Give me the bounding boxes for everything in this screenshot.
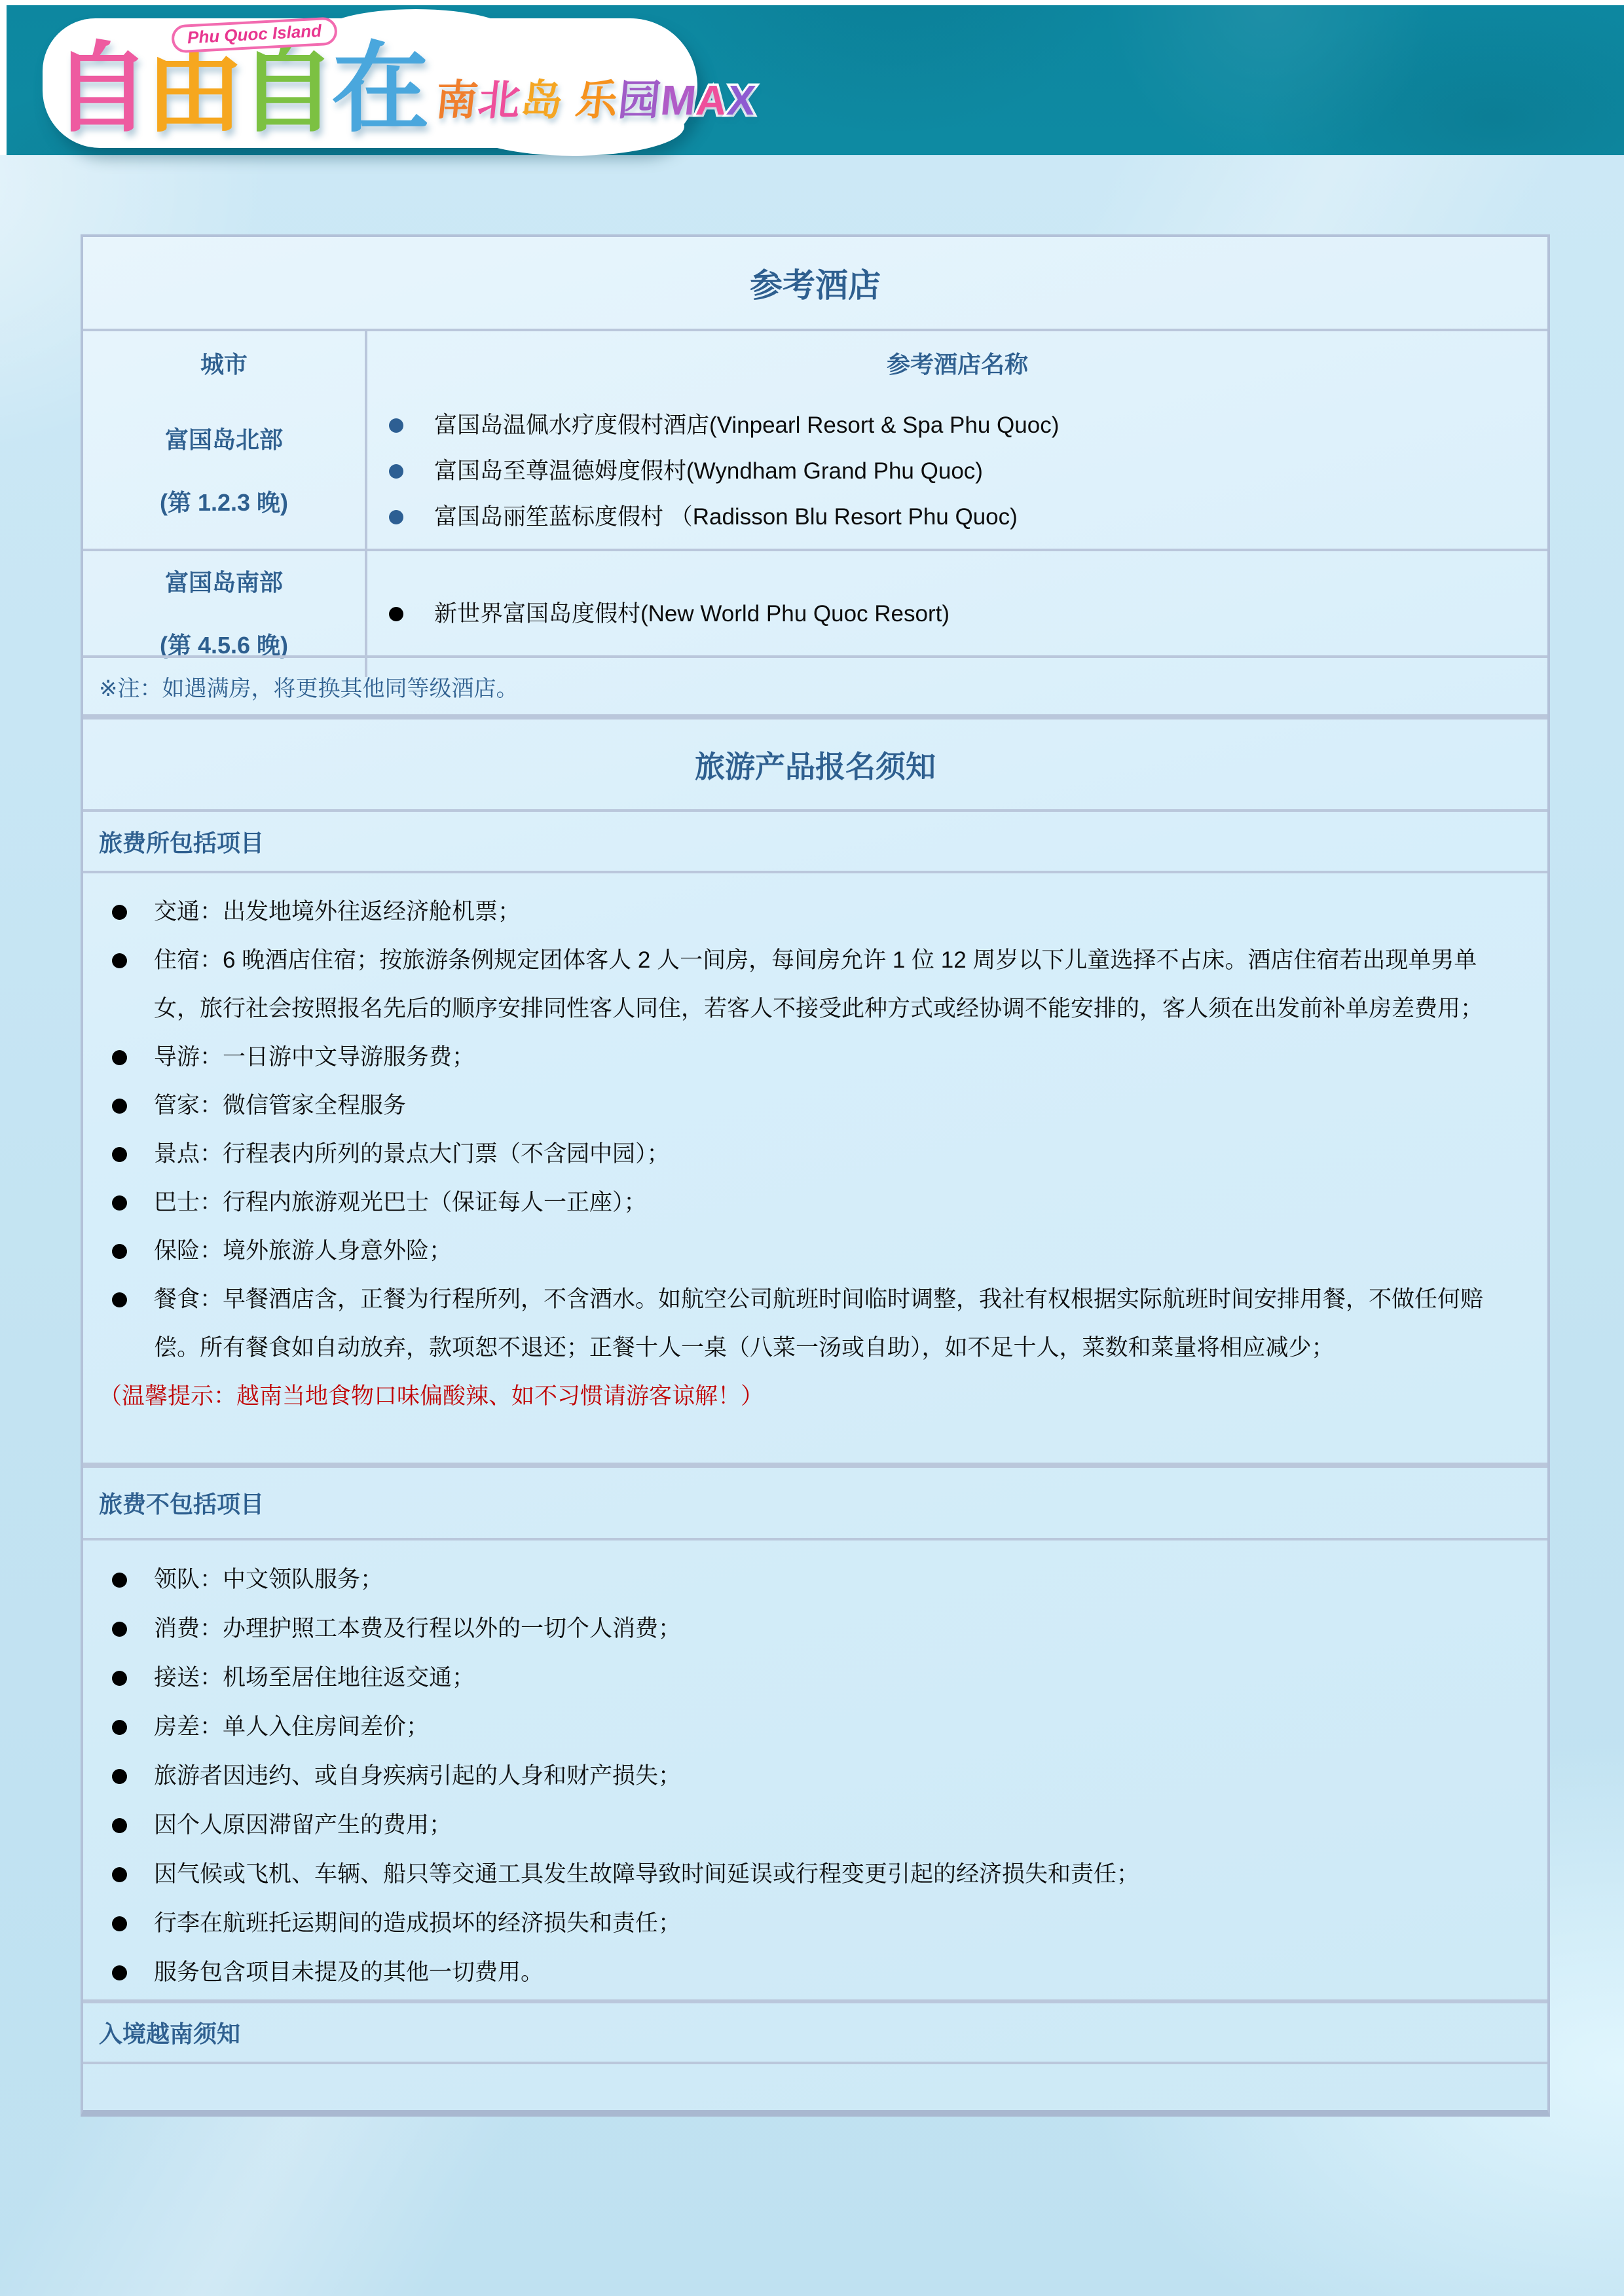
item-text: 接送：机场至居住地往返交通； <box>154 1653 475 1702</box>
logo-subtitle-char: 岛 <box>519 77 566 124</box>
hotel-table-title-row: 参考酒店 <box>83 237 1547 329</box>
included-header: 旅费所包括项目 <box>99 825 264 858</box>
item-text: 景点：行程表内所列的景点大门票（不含园中园）； <box>154 1130 670 1178</box>
included-item: 保险：境外旅游人身意外险； <box>112 1227 1515 1275</box>
bullet-icon <box>112 1965 127 1980</box>
logo-subtitle-char: A <box>694 77 730 124</box>
excluded-items-list: 领队：中文领队服务；消费：办理护照工本费及行程以外的一切个人消费；接送：机场至居… <box>83 1538 1547 1999</box>
item-text: 房差：单人入住房间差价； <box>154 1702 429 1751</box>
bullet-icon <box>112 953 127 968</box>
bullet-icon <box>112 1099 127 1114</box>
hotels-column-header: 参考酒店名称 <box>887 346 1028 380</box>
logo-subtitle-chars: 南北岛 乐园MAX <box>433 67 760 127</box>
hotel-name: 富国岛至尊温德姆度假村(Wyndham Grand Phu Quoc) <box>434 448 983 494</box>
notice-title: 旅游产品报名须知 <box>695 743 936 786</box>
logo-title-char: 自 <box>52 33 145 143</box>
item-text: 餐食：早餐酒店含，正餐为行程所列，不含酒水。如航空公司航班时间临时调整，我社有权… <box>154 1275 1515 1372</box>
bullet-icon <box>389 418 403 433</box>
logo-title-char: 在 <box>331 33 424 143</box>
bullet-icon <box>112 1671 127 1686</box>
logo: 自由自在 南北岛 乐园MAX <box>52 22 756 147</box>
bullet-icon <box>112 1195 127 1211</box>
hotels-column-header-cell: 参考酒店名称 <box>365 331 1547 394</box>
included-header-row: 旅费所包括项目 <box>83 809 1547 871</box>
included-item: 导游：一日游中文导游服务费； <box>112 1033 1515 1082</box>
city-name: 富国岛南部 <box>165 551 283 614</box>
bullet-icon <box>112 1244 127 1259</box>
bullet-icon <box>389 510 403 524</box>
logo-subtitle-char: 北 <box>476 77 524 124</box>
vietnam-entry-header: 入境越南须知 <box>99 2016 240 2049</box>
hotel-rows: 富国岛北部(第 1.2.3 晚)富国岛温佩水疗度假村酒店(Vinpearl Re… <box>83 394 1547 655</box>
excluded-item: 领队：中文领队服务； <box>112 1555 1515 1604</box>
bullet-icon <box>112 1769 127 1784</box>
city-column-header-cell: 城市 <box>83 331 365 394</box>
logo-subtitle-char: M <box>659 77 699 124</box>
hotel-name: 新世界富国岛度假村(New World Phu Quoc Resort) <box>434 591 950 637</box>
hotels-cell: 富国岛温佩水疗度假村酒店(Vinpearl Resort & Spa Phu Q… <box>365 394 1547 549</box>
bullet-icon <box>112 1147 127 1162</box>
hotel-item: 富国岛温佩水疗度假村酒店(Vinpearl Resort & Spa Phu Q… <box>389 403 1547 448</box>
included-item: 管家：微信管家全程服务 <box>112 1082 1515 1130</box>
vietnam-entry-header-row: 入境越南须知 <box>83 1999 1547 2062</box>
bullet-icon <box>112 1573 127 1588</box>
bullet-icon <box>112 1622 127 1637</box>
included-items-list: 交通：出发地境外往返经济舱机票；住宿：6 晚酒店住宿；按旅游条例规定团体客人 2… <box>83 871 1547 1463</box>
item-text: 行李在航班托运期间的造成损坏的经济损失和责任； <box>154 1899 681 1948</box>
hotel-name: 富国岛温佩水疗度假村酒店(Vinpearl Resort & Spa Phu Q… <box>434 403 1059 448</box>
excluded-header: 旅费不包括项目 <box>99 1486 264 1520</box>
item-text: 服务包含项目未提及的其他一切费用。 <box>154 1948 544 1997</box>
document-table: 参考酒店 城市 参考酒店名称 富国岛北部(第 1.2.3 晚)富国岛温佩水疗度假… <box>81 234 1550 2117</box>
bullet-icon <box>112 1867 127 1882</box>
item-text: 因气候或飞机、车辆、船只等交通工具发生故障导致时间延误或行程变更引起的经济损失和… <box>154 1850 1139 1899</box>
hotel-row: 富国岛南部(第 4.5.6 晚)新世界富国岛度假村(New World Phu … <box>83 549 1547 655</box>
excluded-item: 服务包含项目未提及的其他一切费用。 <box>112 1948 1515 1997</box>
included-item: 交通：出发地境外往返经济舱机票； <box>112 888 1515 936</box>
hotel-note-row: ※注：如遇满房，将更换其他同等级酒店。 <box>83 655 1547 714</box>
city-nights: (第 1.2.3 晚) <box>160 471 288 534</box>
hotel-item: 富国岛丽笙蓝标度假村 （Radisson Blu Resort Phu Quoc… <box>389 494 1547 540</box>
hotel-item: 富国岛至尊温德姆度假村(Wyndham Grand Phu Quoc) <box>389 448 1547 494</box>
bullet-icon <box>389 464 403 479</box>
bullet-icon <box>112 1818 127 1833</box>
hotel-item: 新世界富国岛度假村(New World Phu Quoc Resort) <box>389 591 1547 637</box>
logo-subtitle-char: X <box>725 77 758 124</box>
logo-subtitle-char: 园 <box>616 77 664 124</box>
logo-title-char: 自 <box>238 33 331 143</box>
item-text: 管家：微信管家全程服务 <box>154 1082 406 1130</box>
excluded-header-row: 旅费不包括项目 <box>83 1463 1547 1538</box>
included-item: 巴士：行程内旅游观光巴士（保证每人一正座）； <box>112 1178 1515 1227</box>
city-name: 富国岛北部 <box>165 409 283 471</box>
hotel-note: ※注：如遇满房，将更换其他同等级酒店。 <box>99 670 519 702</box>
excluded-item: 旅游者因违约、或自身疾病引起的人身和财产损失； <box>112 1751 1515 1800</box>
city-column-header: 城市 <box>200 346 248 380</box>
excluded-item: 行李在航班托运期间的造成损坏的经济损失和责任； <box>112 1899 1515 1948</box>
hotel-table-header-row: 城市 参考酒店名称 <box>83 329 1547 394</box>
included-tip: （温馨提示：越南当地食物口味偏酸辣、如不习惯请游客谅解！） <box>99 1372 1515 1421</box>
bullet-icon <box>389 607 403 621</box>
item-text: 导游：一日游中文导游服务费； <box>154 1033 475 1082</box>
city-cell: 富国岛北部(第 1.2.3 晚) <box>83 394 365 549</box>
empty-trailing-row <box>83 2062 1547 2110</box>
bullet-icon <box>112 1720 127 1735</box>
hotel-row: 富国岛北部(第 1.2.3 晚)富国岛温佩水疗度假村酒店(Vinpearl Re… <box>83 394 1547 549</box>
excluded-item: 接送：机场至居住地往返交通； <box>112 1653 1515 1702</box>
item-text: 因个人原因滞留产生的费用； <box>154 1800 452 1850</box>
notice-title-row: 旅游产品报名须知 <box>83 714 1547 809</box>
hotel-table-title: 参考酒店 <box>750 259 881 306</box>
bullet-icon <box>112 905 127 920</box>
excluded-item: 因气候或飞机、车辆、船只等交通工具发生故障导致时间延误或行程变更引起的经济损失和… <box>112 1850 1515 1899</box>
included-item: 餐食：早餐酒店含，正餐为行程所列，不含酒水。如航空公司航班时间临时调整，我社有权… <box>112 1275 1515 1372</box>
included-item: 住宿：6 晚酒店住宿；按旅游条例规定团体客人 2 人一间房，每间房允许 1 位 … <box>112 936 1515 1033</box>
included-item: 景点：行程表内所列的景点大门票（不含园中园）； <box>112 1130 1515 1178</box>
logo-subtitle-char: 乐 <box>574 77 621 124</box>
item-text: 旅游者因违约、或自身疾病引起的人身和财产损失； <box>154 1751 681 1800</box>
item-text: 交通：出发地境外往返经济舱机票； <box>154 888 521 936</box>
bullet-icon <box>112 1916 127 1931</box>
item-text: 巴士：行程内旅游观光巴士（保证每人一正座）； <box>154 1178 647 1227</box>
excluded-item: 因个人原因滞留产生的费用； <box>112 1800 1515 1850</box>
hotel-name: 富国岛丽笙蓝标度假村 （Radisson Blu Resort Phu Quoc… <box>434 494 1018 540</box>
page-header-band: Phu Quoc Island 自由自在 南北岛 乐园MAX <box>0 0 1624 155</box>
excluded-item: 消费：办理护照工本费及行程以外的一切个人消费； <box>112 1604 1515 1653</box>
bullet-icon <box>112 1292 127 1307</box>
item-text: 领队：中文领队服务； <box>154 1555 383 1604</box>
item-text: 保险：境外旅游人身意外险； <box>154 1227 452 1275</box>
item-text: 消费：办理护照工本费及行程以外的一切个人消费； <box>154 1604 681 1653</box>
logo-subtitle-char: 南 <box>434 77 481 124</box>
bullet-icon <box>112 1050 127 1065</box>
item-text: 住宿：6 晚酒店住宿；按旅游条例规定团体客人 2 人一间房，每间房允许 1 位 … <box>154 936 1515 1033</box>
excluded-item: 房差：单人入住房间差价； <box>112 1702 1515 1751</box>
